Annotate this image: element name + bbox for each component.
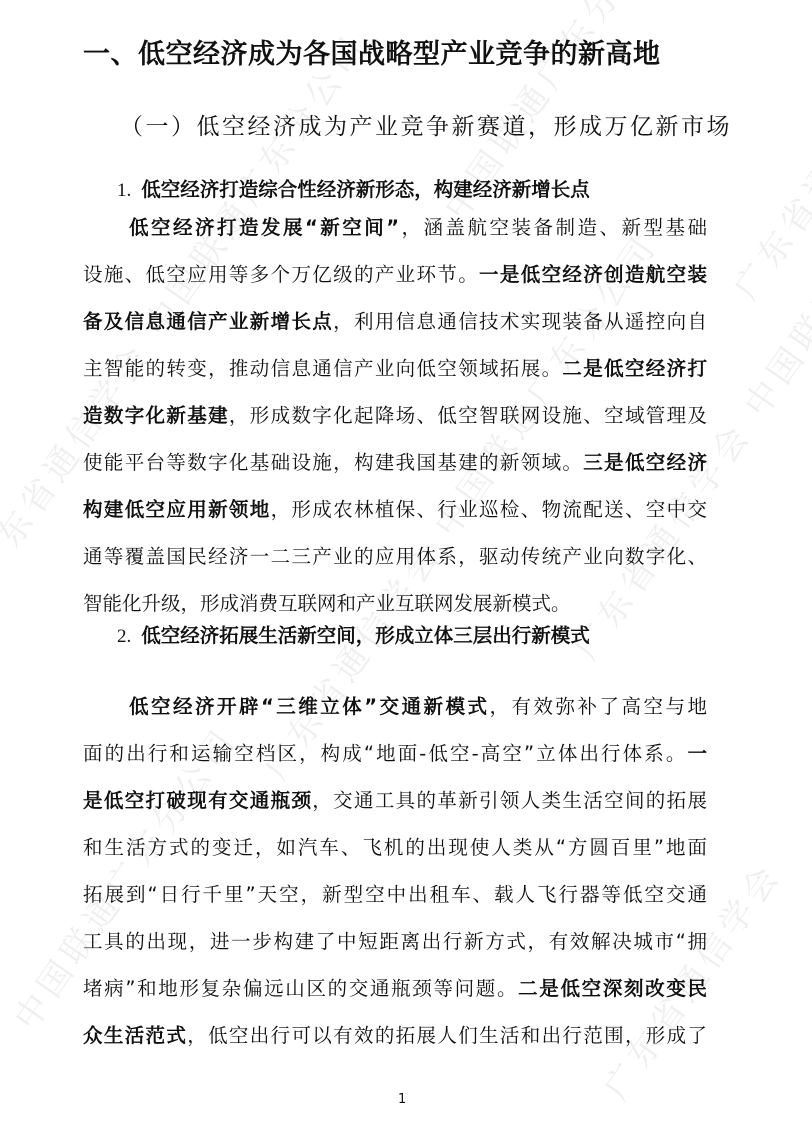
- text-line: 使能平台等数字化基础设施，构建我国基建的新领域。三是低空经济: [83, 439, 707, 486]
- section-2-number: 2.: [117, 626, 131, 647]
- body-text: ，有效弥补了高空与地: [490, 695, 707, 718]
- body-text: 工具的出现，进一步构建了中短距离出行新方式，有效解决城市“拥: [83, 930, 707, 953]
- body-text: 堵病”和地形复杂偏远山区的交通瓶颈等问题。: [83, 977, 518, 1000]
- text-line: 堵病”和地形复杂偏远山区的交通瓶颈等问题。二是低空深刻改变民: [83, 965, 707, 1012]
- bold-text: 低空经济开辟“三维立体”交通新模式: [129, 695, 490, 718]
- body-text: 拓展到“日行千里”天空，新型空中出租车、载人飞行器等低空交通: [83, 883, 707, 906]
- body-text: ，形成数字化起降场、低空智联网设施、空域管理及: [229, 404, 707, 427]
- text-line: 设施、低空应用等多个万亿级的产业环节。一是低空经济创造航空装: [83, 251, 707, 298]
- text-line: 低空经济开辟“三维立体”交通新模式，有效弥补了高空与地: [83, 683, 707, 730]
- bold-text: 二是低空经济打: [562, 357, 707, 380]
- bold-text: 构建低空应用新领地: [83, 498, 271, 521]
- heading-level-1: 一、低空经济成为各国战略型产业竞争的新高地: [83, 32, 661, 71]
- section-2-paragraph: 低空经济开辟“三维立体”交通新模式，有效弥补了高空与地面的出行和运输空档区，构成…: [83, 683, 707, 1059]
- section-1-number: 1.: [117, 180, 131, 201]
- text-line: 工具的出现，进一步构建了中短距离出行新方式，有效解决城市“拥: [83, 918, 707, 965]
- text-line: 主智能的转变，推动信息通信产业向低空领域拓展。二是低空经济打: [83, 345, 707, 392]
- bold-text: 低空经济打造发展“新空间”: [129, 216, 399, 239]
- body-text: ，交通工具的革新引领人类生活空间的拓展: [312, 789, 707, 812]
- text-line: 拓展到“日行千里”天空，新型空中出租车、载人飞行器等低空交通: [83, 871, 707, 918]
- heading-level-2: （一）低空经济成为产业竞争新赛道，形成万亿新市场: [120, 108, 732, 141]
- body-text: 和生活方式的变迁，如汽车、飞机的出现使人类从“方圆百里”地面: [83, 836, 707, 859]
- bold-text: 是低空打破现有交通瓶颈: [83, 789, 312, 812]
- body-text: 智能化升级，形成消费互联网和产业互联网发展新模式。: [83, 592, 571, 615]
- bold-text: 二是低空深刻改变民: [518, 977, 707, 1000]
- body-text: 通等覆盖国民经济一二三产业的应用体系，驱动传统产业向数字化、: [83, 545, 707, 568]
- text-line: 低空经济打造发展“新空间”，涵盖航空装备制造、新型基础: [83, 204, 707, 251]
- body-text: 面的出行和运输空档区，构成“地面-低空-高空”立体出行体系。: [83, 742, 687, 765]
- text-line: 面的出行和运输空档区，构成“地面-低空-高空”立体出行体系。一: [83, 730, 707, 777]
- text-line: 是低空打破现有交通瓶颈，交通工具的革新引领人类生活空间的拓展: [83, 777, 707, 824]
- bold-text: 备及信息通信产业新增长点: [83, 310, 333, 333]
- text-line: 通等覆盖国民经济一二三产业的应用体系，驱动传统产业向数字化、: [83, 533, 707, 580]
- body-text: 设施、低空应用等多个万亿级的产业环节。: [83, 263, 479, 286]
- text-line: 备及信息通信产业新增长点，利用信息通信技术实现装备从遥控向自: [83, 298, 707, 345]
- section-1-heading: 1.低空经济打造综合性经济新形态，构建经济新增长点: [117, 174, 590, 202]
- body-text: 使能平台等数字化基础设施，构建我国基建的新领域。: [83, 451, 583, 474]
- section-2-title: 低空经济拓展生活新空间，形成立体三层出行新模式: [141, 624, 590, 647]
- text-line: 众生活范式，低空出行可以有效的拓展人们生活和出行范围，形成了: [83, 1012, 707, 1059]
- page-number: 1: [398, 1092, 406, 1107]
- text-line: 造数字化新基建，形成数字化起降场、低空智联网设施、空域管理及: [83, 392, 707, 439]
- body-text: ，利用信息通信技术实现装备从遥控向自: [333, 310, 707, 333]
- watermark-text: 广东省通信学会: [720, 51, 812, 308]
- body-text: ，涵盖航空装备制造、新型基础: [399, 216, 707, 239]
- section-2-heading: 2.低空经济拓展生活新空间，形成立体三层出行新模式: [117, 620, 590, 648]
- body-text: 主智能的转变，推动信息通信产业向低空领域拓展。: [83, 357, 562, 380]
- body-text: ，形成农林植保、行业巡检、物流配送、空中交: [271, 498, 707, 521]
- bold-text: 一: [687, 742, 707, 765]
- section-1-title: 低空经济打造综合性经济新形态，构建经济新增长点: [141, 178, 590, 201]
- bold-text: 造数字化新基建: [83, 404, 229, 427]
- section-1-paragraph: 低空经济打造发展“新空间”，涵盖航空装备制造、新型基础设施、低空应用等多个万亿级…: [83, 204, 707, 627]
- bold-text: 三是低空经济: [583, 451, 707, 474]
- body-text: ，低空出行可以有效的拓展人们生活和出行范围，形成了: [187, 1024, 707, 1047]
- text-line: 和生活方式的变迁，如汽车、飞机的出现使人类从“方圆百里”地面: [83, 824, 707, 871]
- bold-text: 一是低空经济创造航空装: [479, 263, 707, 286]
- bold-text: 众生活范式: [83, 1024, 187, 1047]
- text-line: 构建低空应用新领地，形成农林植保、行业巡检、物流配送、空中交: [83, 486, 707, 533]
